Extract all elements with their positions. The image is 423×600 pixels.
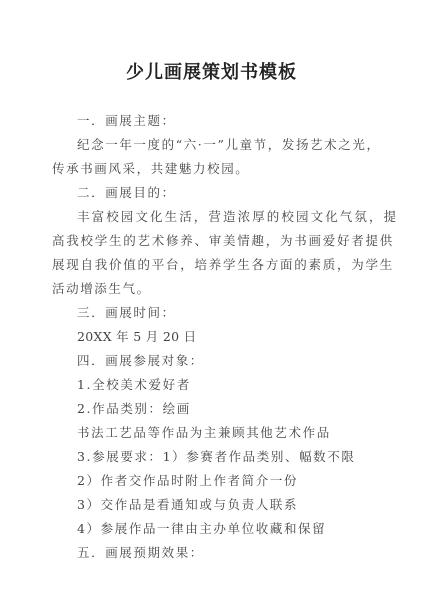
section-heading-purpose: 二．画展目的： — [77, 181, 349, 205]
section-heading-expected-effect: 五．画展预期效果： — [77, 541, 349, 565]
list-item: 1.全校美术爱好者 — [77, 373, 349, 397]
list-item: 2.作品类别：绘画 — [77, 397, 349, 421]
list-item: 3.参展要求：1）参赛者作品类别、幅数不限 — [77, 445, 349, 469]
list-item: 4）参展作品一律由主办单位收藏和保留 — [77, 517, 349, 541]
paragraph-line: 展现自我价值的平台，培养学生各方面的素质，为学生 — [52, 253, 349, 277]
paragraph-line: 传承书画风采，共建魅力校园。 — [52, 157, 349, 181]
section-heading-participants: 四．画展参展对象： — [77, 349, 349, 373]
exhibition-date: 20XX 年 5 月 20 日 — [77, 325, 349, 349]
paragraph-line: 丰富校园文化生活，营造浓厚的校园文化气氛，提 — [77, 205, 349, 229]
document-body: 一．画展主题： 纪念一年一度的“六·一”儿童节，发扬艺术之光， 传承书画风采，共… — [77, 109, 349, 565]
list-item: 3）交作品是看通知或与负责人联系 — [77, 493, 349, 517]
list-item: 书法工艺品等作品为主兼顾其他艺术作品 — [77, 421, 349, 445]
paragraph-line: 活动增添生气。 — [52, 277, 349, 301]
document-page: 少儿画展策划书模板 一．画展主题： 纪念一年一度的“六·一”儿童节，发扬艺术之光… — [0, 0, 423, 600]
section-heading-time: 三．画展时间： — [77, 301, 349, 325]
list-item: 2）作者交作品时附上作者简介一份 — [77, 469, 349, 493]
document-title: 少儿画展策划书模板 — [0, 58, 423, 84]
paragraph-line: 高我校学生的艺术修养、审美情趣，为书画爱好者提供 — [52, 229, 349, 253]
section-heading-theme: 一．画展主题： — [77, 109, 349, 133]
paragraph-line: 纪念一年一度的“六·一”儿童节，发扬艺术之光， — [77, 133, 349, 157]
